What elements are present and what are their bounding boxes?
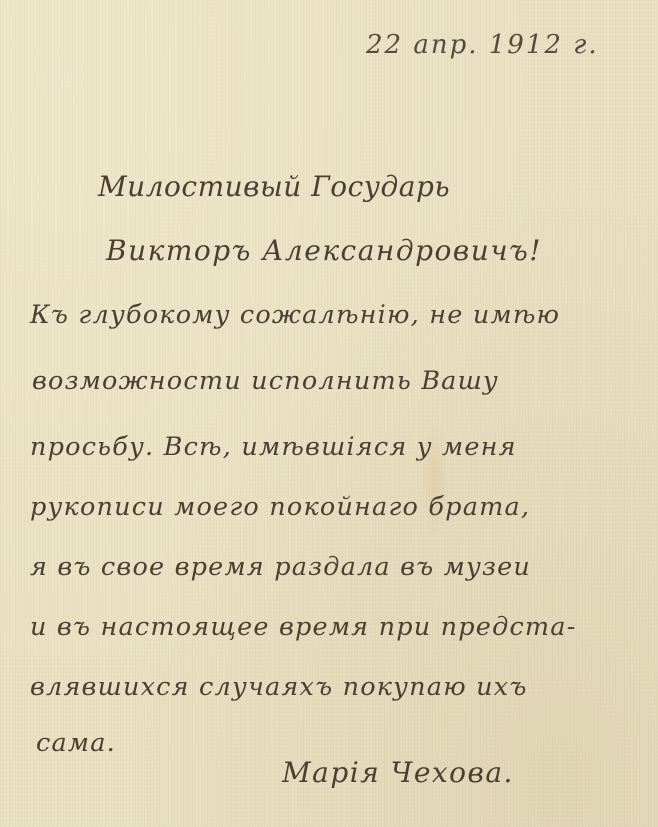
letter-page: 22 апр. 1912 г. Милостивый Государь Викт…	[0, 0, 658, 827]
body-line: я въ свое время раздала въ музеи	[30, 552, 531, 582]
salutation-line-2: Викторъ Александровичъ!	[106, 234, 542, 267]
body-line: Къ глубокому сожалѣнію, не имѣю	[30, 300, 560, 330]
body-line: и въ настоящее время при предста-	[30, 612, 577, 642]
body-line: возможности исполнить Вашу	[32, 366, 499, 396]
body-line: просьбу. Всѣ, имѣвшіяся у меня	[30, 432, 517, 462]
salutation-line-1: Милостивый Государь	[98, 170, 450, 203]
body-line: влявшихся случаяхъ покупаю ихъ	[30, 672, 528, 702]
letter-date: 22 апр. 1912 г.	[366, 30, 599, 60]
body-line: сама.	[36, 728, 116, 758]
signature: Марія Чехова.	[282, 756, 514, 789]
body-line: рукописи моего покойнаго брата,	[30, 492, 530, 522]
